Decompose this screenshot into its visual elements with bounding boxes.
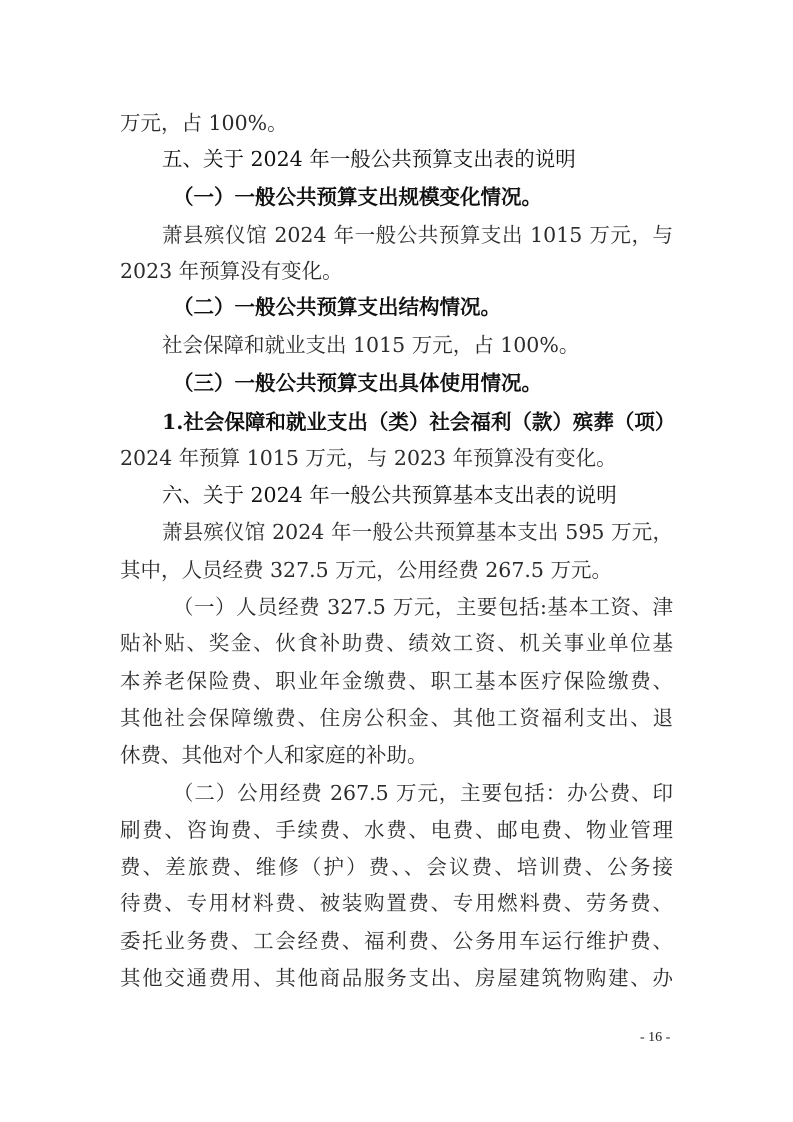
- paragraph-line: 2024 年预算 1015 万元，与 2023 年预算没有变化。: [120, 445, 673, 471]
- paragraph-line: 其他交通费用、其他商品服务支出、房屋建筑物购建、办: [120, 965, 673, 991]
- document-page: 万元，占 100%。 五、关于 2024 年一般公共预算支出表的说明 （一）一般…: [0, 0, 793, 1122]
- subheading-usage: （三）一般公共预算支出具体使用情况。: [173, 370, 673, 396]
- paragraph-line: 2023 年预算没有变化。: [120, 258, 673, 284]
- subheading-structure: （二）一般公共预算支出结构情况。: [173, 294, 673, 320]
- paragraph-line: 贴补贴、奖金、伙食补助费、绩效工资、机关事业单位基: [120, 630, 673, 656]
- item-heading-funeral: 1.社会保障和就业支出（类）社会福利（款）殡葬（项）: [162, 409, 673, 435]
- subheading-scale-change: （一）一般公共预算支出规模变化情况。: [173, 184, 673, 210]
- paragraph-line: 萧县殡仪馆 2024 年一般公共预算支出 1015 万元，与: [162, 222, 673, 248]
- page-number: - 16 -: [640, 1030, 670, 1046]
- section-heading-six: 六、关于 2024 年一般公共预算基本支出表的说明: [162, 482, 673, 508]
- paragraph-line: 待费、专用材料费、被装购置费、专用燃料费、劳务费、: [120, 890, 673, 916]
- paragraph-line: 社会保障和就业支出 1015 万元，占 100%。: [162, 332, 673, 358]
- paragraph-line: 委托业务费、工会经费、福利费、公务用车运行维护费、: [120, 928, 673, 954]
- paragraph-line: 其他社会保障缴费、住房公积金、其他工资福利支出、退: [120, 705, 673, 731]
- paragraph-line: 萧县殡仪馆 2024 年一般公共预算基本支出 595 万元，: [162, 519, 673, 545]
- paragraph-line: 刷费、咨询费、手续费、水费、电费、邮电费、物业管理: [120, 817, 673, 843]
- paragraph-line: 费、差旅费、维修（护）费、、会议费、培训费、公务接: [120, 854, 673, 880]
- section-heading-five: 五、关于 2024 年一般公共预算支出表的说明: [162, 146, 673, 172]
- paragraph-line: 休费、其他对个人和家庭的补助。: [120, 742, 673, 768]
- paragraph-line: 本养老保险费、职业年金缴费、职工基本医疗保险缴费、: [120, 668, 673, 694]
- paragraph-line: 其中，人员经费 327.5 万元，公用经费 267.5 万元。: [120, 557, 673, 583]
- paragraph-line-continuation: 万元，占 100%。: [120, 110, 673, 136]
- paragraph-line-personnel: （一）人员经费 327.5 万元，主要包括:基本工资、津: [173, 594, 673, 620]
- paragraph-line-public: （二）公用经费 267.5 万元，主要包括：办公费、印: [173, 780, 673, 806]
